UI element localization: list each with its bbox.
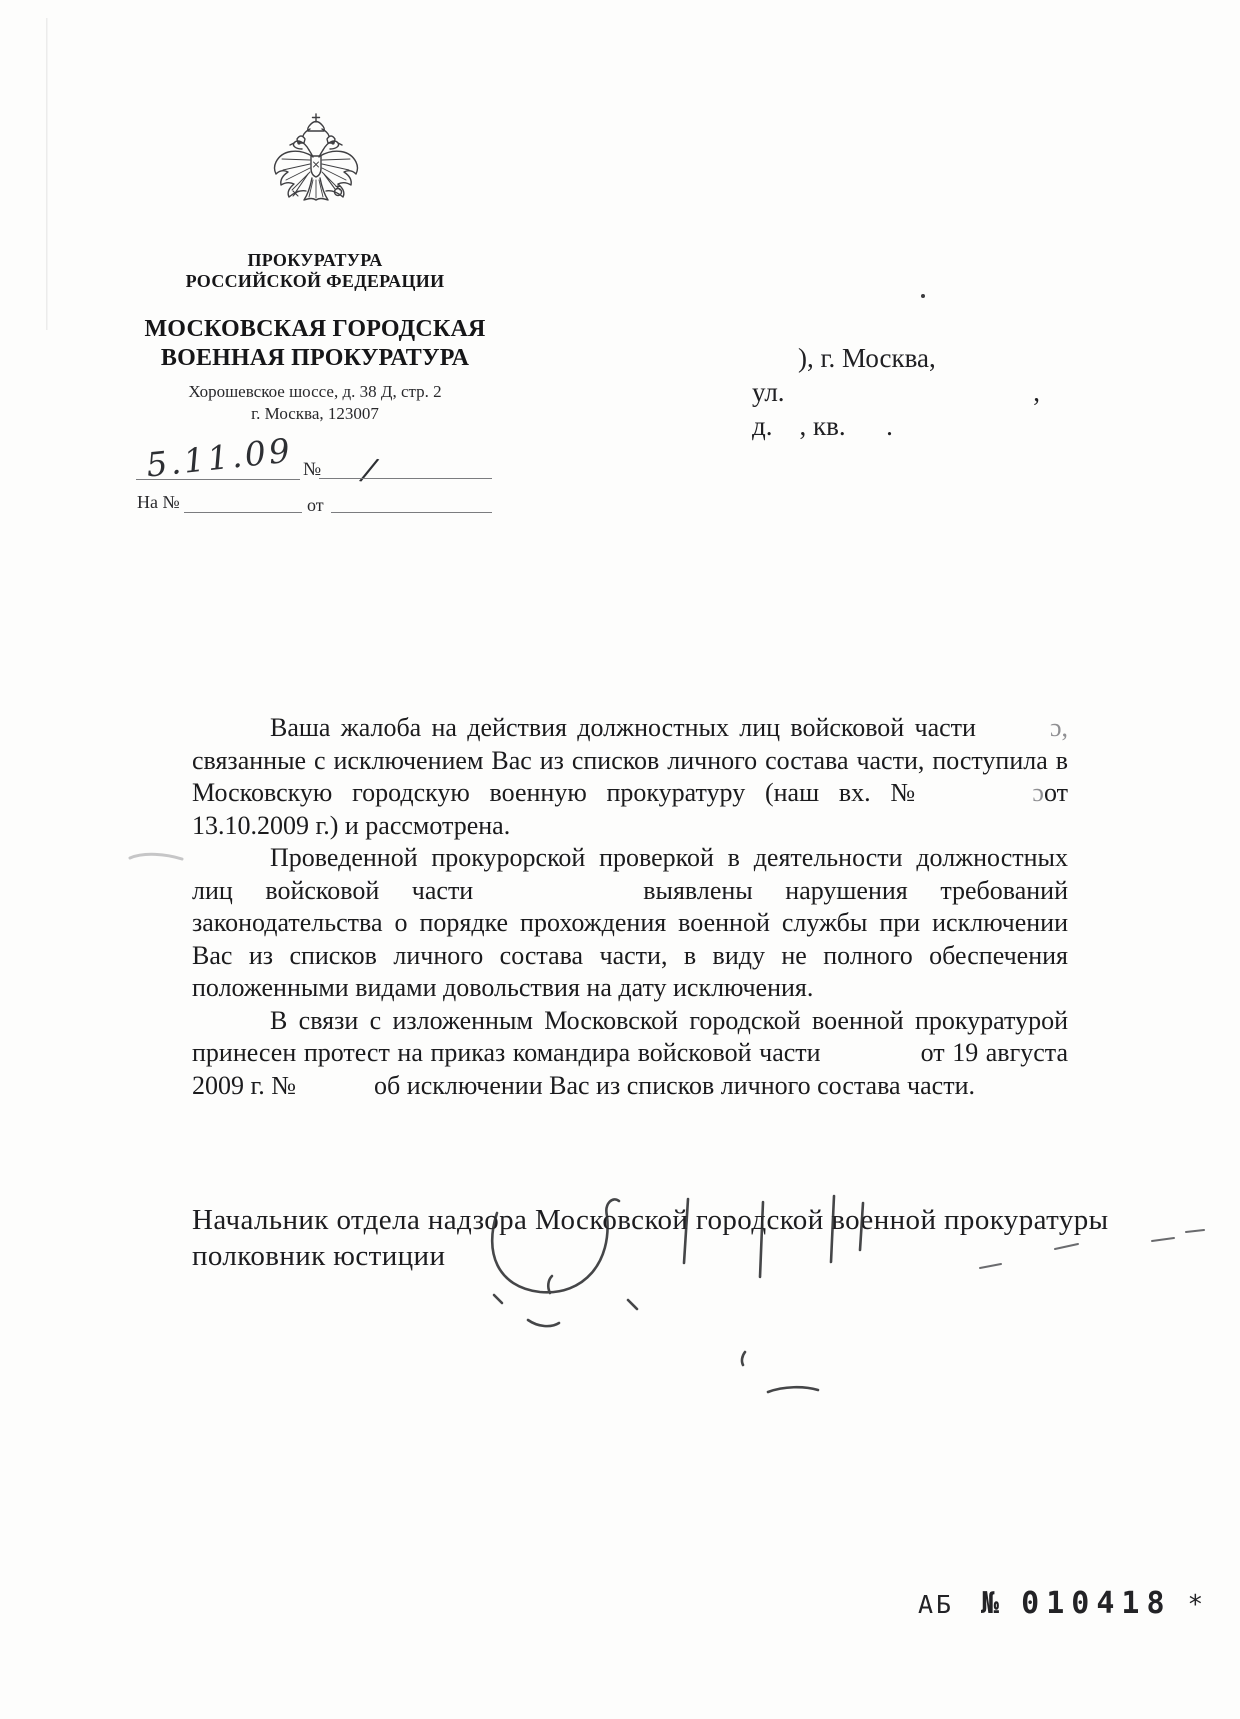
number-underline [319,478,492,479]
body-text: В связи с изложенным Московской городско… [270,1006,1068,1035]
recipient-house-line: д. , кв. . [752,409,1044,443]
body-text: Московскую городскую военную прокуратуру… [192,778,928,807]
reply-to-label: На № [137,492,180,513]
redaction-remnant: ɔ [1032,778,1044,807]
body-text: положенными видами довольствия на дату и… [192,973,813,1002]
redacted-gap [296,1092,374,1094]
street-line-tail: , [1033,375,1040,409]
stamp-series: АБ [918,1590,954,1619]
body-text: принесен протест на приказ командира вой… [192,1038,821,1067]
scan-dot-mark [921,294,925,298]
org-name-line-1: МОСКОВСКАЯ ГОРОДСКАЯ [135,315,495,344]
redacted-gap [473,897,643,899]
body-line: В связи с изложенным Московской городско… [192,1005,1068,1038]
body-text: от 19 августа [921,1038,1068,1067]
handwritten-number-mark: / [360,451,378,488]
org-address-line-2: г. Москва, 123007 [135,403,495,425]
redaction-remnant: ɔ, [1050,713,1068,742]
body-line: Вас из списков личного состава части, в … [192,940,1068,973]
signature-block: Начальник отдела надзора Московской горо… [192,1202,1172,1274]
street-label: ул. [752,377,785,407]
body-line: лиц войсковой частивыявлены нарушения тр… [192,875,1068,908]
from-date-label: от [307,495,324,516]
signature-rank-line: полковник юстиции [192,1238,1172,1274]
recipient-street-line: ул. , [752,375,1044,409]
body-line: Проведенной прокурорской проверкой в дея… [192,842,1068,875]
body-text: Проведенной прокурорской проверкой в дея… [270,843,1068,872]
form-number-stamp: АБ № 010418 * [918,1586,1203,1621]
body-line: Московскую городскую военную прокуратуру… [192,777,1068,810]
from-date-underline [331,512,492,513]
body-text: от [1044,778,1068,807]
body-line: 2009 г. №об исключении Вас из списков ли… [192,1070,1068,1103]
body-line: Ваша жалоба на действия должностных лиц … [192,712,1068,745]
body-text: Вас из списков личного состава части, в … [192,941,1068,970]
body-text: 13.10.2009 г.) и рассмотрена. [192,811,510,840]
redacted-gap [821,1059,921,1061]
body-text: лиц войсковой части [192,876,473,905]
body-text: Ваша жалоба на действия должностных лиц … [270,713,976,742]
body-text: 2009 г. № [192,1071,296,1100]
signature-title-line: Начальник отдела надзора Московской горо… [192,1202,1172,1238]
org-address-line-1: Хорошевское шоссе, д. 38 Д, стр. 2 [135,381,495,403]
body-line: законодательства о порядке прохождения в… [192,907,1068,940]
body-text: связанные с исключением Вас из списков л… [192,746,1068,775]
date-underline [136,479,300,480]
redacted-gap [928,799,1032,801]
org-name-line-2: ВОЕННАЯ ПРОКУРАТУРА [135,344,495,373]
body-line: принесен протест на приказ командира вой… [192,1037,1068,1070]
redacted-gap [976,734,1050,736]
org-line-1: ПРОКУРАТУРА [135,250,495,271]
letterhead: ПРОКУРАТУРА РОССИЙСКОЙ ФЕДЕРАЦИИ МОСКОВС… [135,250,495,425]
handwritten-date: 5.11.09 [144,430,294,484]
coat-of-arms-emblem [268,112,364,220]
reply-number-underline [184,512,302,513]
scanned-letter-page: ПРОКУРАТУРА РОССИЙСКОЙ ФЕДЕРАЦИИ МОСКОВС… [0,0,1240,1719]
body-line: связанные с исключением Вас из списков л… [192,745,1068,778]
body-text: об исключении Вас из списков личного сос… [374,1071,975,1100]
recipient-address: ), г. Москва, ул. , д. , кв. . [752,341,1044,443]
stamp-number: 010418 [1021,1586,1171,1621]
letter-body: Ваша жалоба на действия должностных лиц … [192,712,1068,1102]
stamp-star: * [1188,1590,1204,1620]
body-line: 13.10.2009 г.) и рассмотрена. [192,810,1068,843]
org-line-2: РОССИЙСКОЙ ФЕДЕРАЦИИ [135,271,495,292]
body-text: законодательства о порядке прохождения в… [192,908,1068,937]
recipient-city-line: ), г. Москва, [752,341,1044,375]
stamp-number-sign: № [981,1586,999,1621]
body-text: выявлены нарушения требований [643,876,1068,905]
body-line: положенными видами довольствия на дату и… [192,972,1068,1005]
